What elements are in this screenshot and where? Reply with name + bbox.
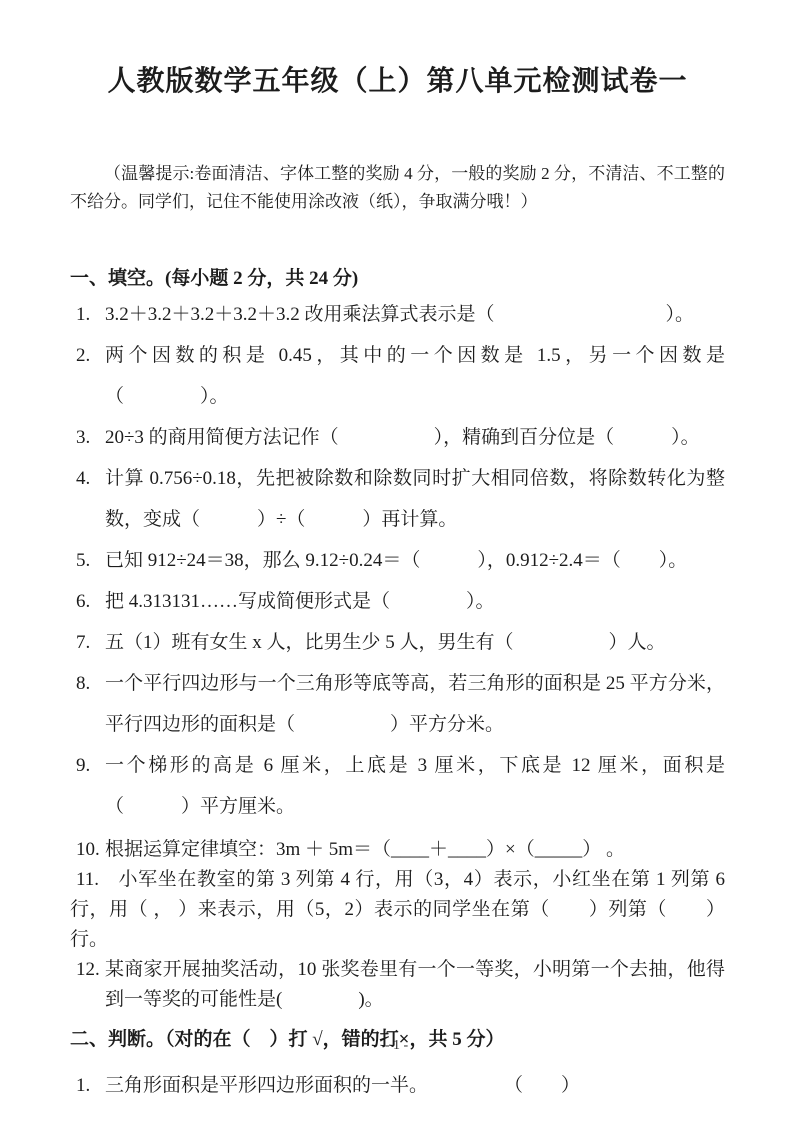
question-number: 5. bbox=[76, 540, 90, 581]
question-11: 11. 小军坐在教室的第 3 列第 4 行，用（3，4）表示，小红坐在第 1 列… bbox=[70, 865, 725, 955]
section-1-heading: 一、填空。(每小题 2 分，共 24 分) bbox=[70, 264, 725, 294]
question-7: 7. 五（1）班有女生 x 人，比男生少 5 人，男生有（ ）人。 bbox=[70, 622, 725, 663]
question-1: 1. 3.2＋3.2＋3.2＋3.2＋3.2 改用乘法算式表示是（ ）。 bbox=[70, 294, 725, 335]
question-2: 2. 两个因数的积是 0.45，其中的一个因数是 1.5，另一个因数是（ ）。 bbox=[70, 335, 725, 417]
question-text: 已知 912÷24＝38，那么 9.12÷0.24＝（ ），0.912÷2.4＝… bbox=[105, 550, 687, 571]
question-text: 一个平行四边形与一个三角形等底等高，若三角形的面积是 25 平方分米，平行四边形… bbox=[105, 673, 725, 735]
question-number: 8. bbox=[76, 663, 90, 704]
question-number: 7. bbox=[76, 622, 90, 663]
question-9: 9. 一个梯形的高是 6 厘米，上底是 3 厘米，下底是 12 厘米，面积是（ … bbox=[70, 745, 725, 827]
question-text: 一个梯形的高是 6 厘米，上底是 3 厘米，下底是 12 厘米，面积是（ ）平方… bbox=[105, 755, 725, 817]
hint-note: （温馨提示:卷面清洁、字体工整的奖励 4 分，一般的奖励 2 分，不清洁、不工整… bbox=[70, 160, 725, 216]
question-12: 12. 某商家开展抽奖活动，10 张奖卷里有一个一等奖，小明第一个去抽，他得到一… bbox=[70, 955, 725, 1015]
page-title: 人教版数学五年级（上）第八单元检测试卷一 bbox=[70, 62, 725, 102]
question-number: 12. bbox=[76, 955, 100, 985]
question-number: 6. bbox=[76, 581, 90, 622]
question-4: 4. 计算 0.756÷0.18，先把被除数和除数同时扩大相同倍数，将除数转化为… bbox=[70, 458, 725, 540]
question-text: 三角形面积是平形四边形面积的一半。 （ ） bbox=[105, 1075, 580, 1096]
exam-document: 人教版数学五年级（上）第八单元检测试卷一 （温馨提示:卷面清洁、字体工整的奖励 … bbox=[0, 0, 793, 1122]
question-text: 20÷3 的商用简便方法记作（ ），精确到百分位是（ ）。 bbox=[105, 427, 700, 448]
question-text: 两个因数的积是 0.45，其中的一个因数是 1.5，另一个因数是（ ）。 bbox=[105, 345, 725, 407]
question-number: 10. bbox=[76, 835, 100, 865]
question-text: 某商家开展抽奖活动，10 张奖卷里有一个一等奖，小明第一个去抽，他得到一等奖的可… bbox=[105, 959, 725, 1010]
question-8: 8. 一个平行四边形与一个三角形等底等高，若三角形的面积是 25 平方分米，平行… bbox=[70, 663, 725, 745]
question-number: 2. bbox=[76, 335, 90, 376]
question-6: 6. 把 4.313131……写成简便形式是（ ）。 bbox=[70, 581, 725, 622]
question-number: 9. bbox=[76, 745, 90, 786]
question-number: 3. bbox=[76, 417, 90, 458]
question-5: 5. 已知 912÷24＝38，那么 9.12÷0.24＝（ ），0.912÷2… bbox=[70, 540, 725, 581]
question-3: 3. 20÷3 的商用简便方法记作（ ），精确到百分位是（ ）。 bbox=[70, 417, 725, 458]
question-number: 4. bbox=[76, 458, 90, 499]
page-number: - 1 - bbox=[0, 1038, 793, 1054]
judge-question-1: 1. 三角形面积是平形四边形面积的一半。 （ ） bbox=[70, 1065, 725, 1106]
question-text: 把 4.313131……写成简便形式是（ ）。 bbox=[105, 591, 495, 612]
question-text: 根据运算定律填空：3m ＋ 5m＝（____＋____）×（_____） 。 bbox=[105, 839, 625, 860]
question-text: 五（1）班有女生 x 人，比男生少 5 人，男生有（ ）人。 bbox=[105, 632, 666, 653]
question-number: 1. bbox=[76, 294, 90, 335]
question-text: 计算 0.756÷0.18，先把被除数和除数同时扩大相同倍数，将除数转化为整数，… bbox=[105, 468, 725, 530]
question-10: 10. 根据运算定律填空：3m ＋ 5m＝（____＋____）×（_____）… bbox=[70, 835, 725, 865]
question-number: 11. bbox=[76, 869, 99, 890]
question-text: 小军坐在教室的第 3 列第 4 行，用（3，4）表示，小红坐在第 1 列第 6 … bbox=[70, 869, 725, 950]
question-text: 3.2＋3.2＋3.2＋3.2＋3.2 改用乘法算式表示是（ ）。 bbox=[105, 304, 694, 325]
question-number: 1. bbox=[76, 1065, 90, 1106]
